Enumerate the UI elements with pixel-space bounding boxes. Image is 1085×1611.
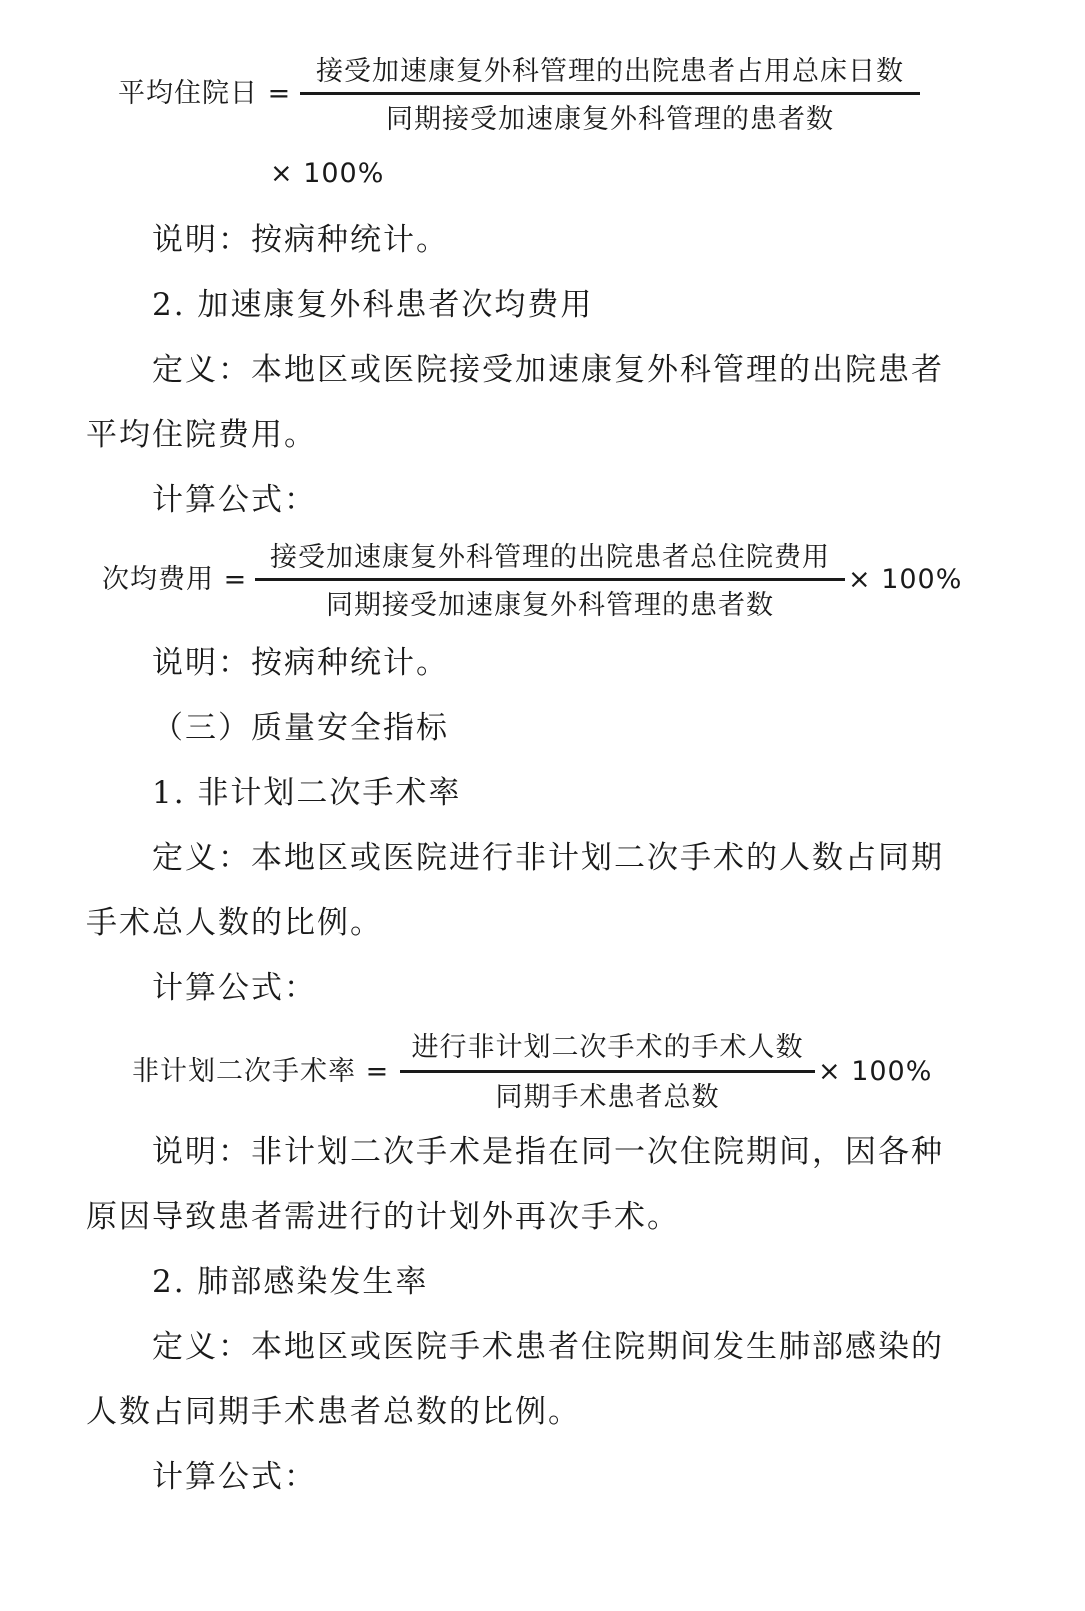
- definition-cont: 手术总人数的比例。: [86, 908, 383, 939]
- section-title: （三）质量安全指标: [152, 713, 449, 744]
- definition-cont: 人数占同期手术患者总数的比例。: [86, 1397, 581, 1428]
- formula-lhs: 次均费用 =: [102, 566, 247, 593]
- formula-numerator: 接受加速康复外科管理的出院患者占用总床日数: [300, 58, 920, 85]
- formula-multiplier: × 100%: [818, 1058, 932, 1085]
- formula-label: 计算公式：: [152, 485, 317, 516]
- item-title: 2. 加速康复外科患者次均费用: [152, 290, 593, 321]
- formula-label: 计算公式：: [152, 973, 317, 1004]
- formula-lhs: 非计划二次手术率 =: [132, 1058, 389, 1085]
- fraction-bar: [255, 578, 845, 581]
- formula-denominator: 同期接受加速康复外科管理的患者数: [255, 592, 845, 619]
- formula-numerator: 进行非计划二次手术的手术人数: [400, 1034, 815, 1061]
- note: 说明：按病种统计。: [152, 648, 449, 679]
- formula-label: 计算公式：: [152, 1462, 317, 1493]
- formula-lhs: 平均住院日 =: [118, 80, 291, 107]
- formula-denominator: 同期手术患者总数: [400, 1084, 815, 1111]
- formula-multiplier: × 100%: [270, 160, 384, 187]
- definition: 定义：本地区或医院进行非计划二次手术的人数占同期: [152, 843, 944, 874]
- note-cont: 原因导致患者需进行的计划外再次手术。: [86, 1202, 680, 1233]
- item-title: 1. 非计划二次手术率: [152, 778, 461, 809]
- fraction-bar: [400, 1070, 815, 1073]
- fraction-bar: [300, 92, 920, 95]
- definition: 定义：本地区或医院手术患者住院期间发生肺部感染的: [152, 1332, 944, 1363]
- definition-cont: 平均住院费用。: [86, 420, 317, 451]
- note: 说明：按病种统计。: [152, 225, 449, 256]
- formula-multiplier: × 100%: [848, 566, 962, 593]
- definition: 定义：本地区或医院接受加速康复外科管理的出院患者: [152, 355, 944, 386]
- formula-numerator: 接受加速康复外科管理的出院患者总住院费用: [255, 544, 845, 571]
- item-title: 2. 肺部感染发生率: [152, 1267, 428, 1298]
- formula-denominator: 同期接受加速康复外科管理的患者数: [300, 106, 920, 133]
- note: 说明：非计划二次手术是指在同一次住院期间，因各种: [152, 1137, 944, 1168]
